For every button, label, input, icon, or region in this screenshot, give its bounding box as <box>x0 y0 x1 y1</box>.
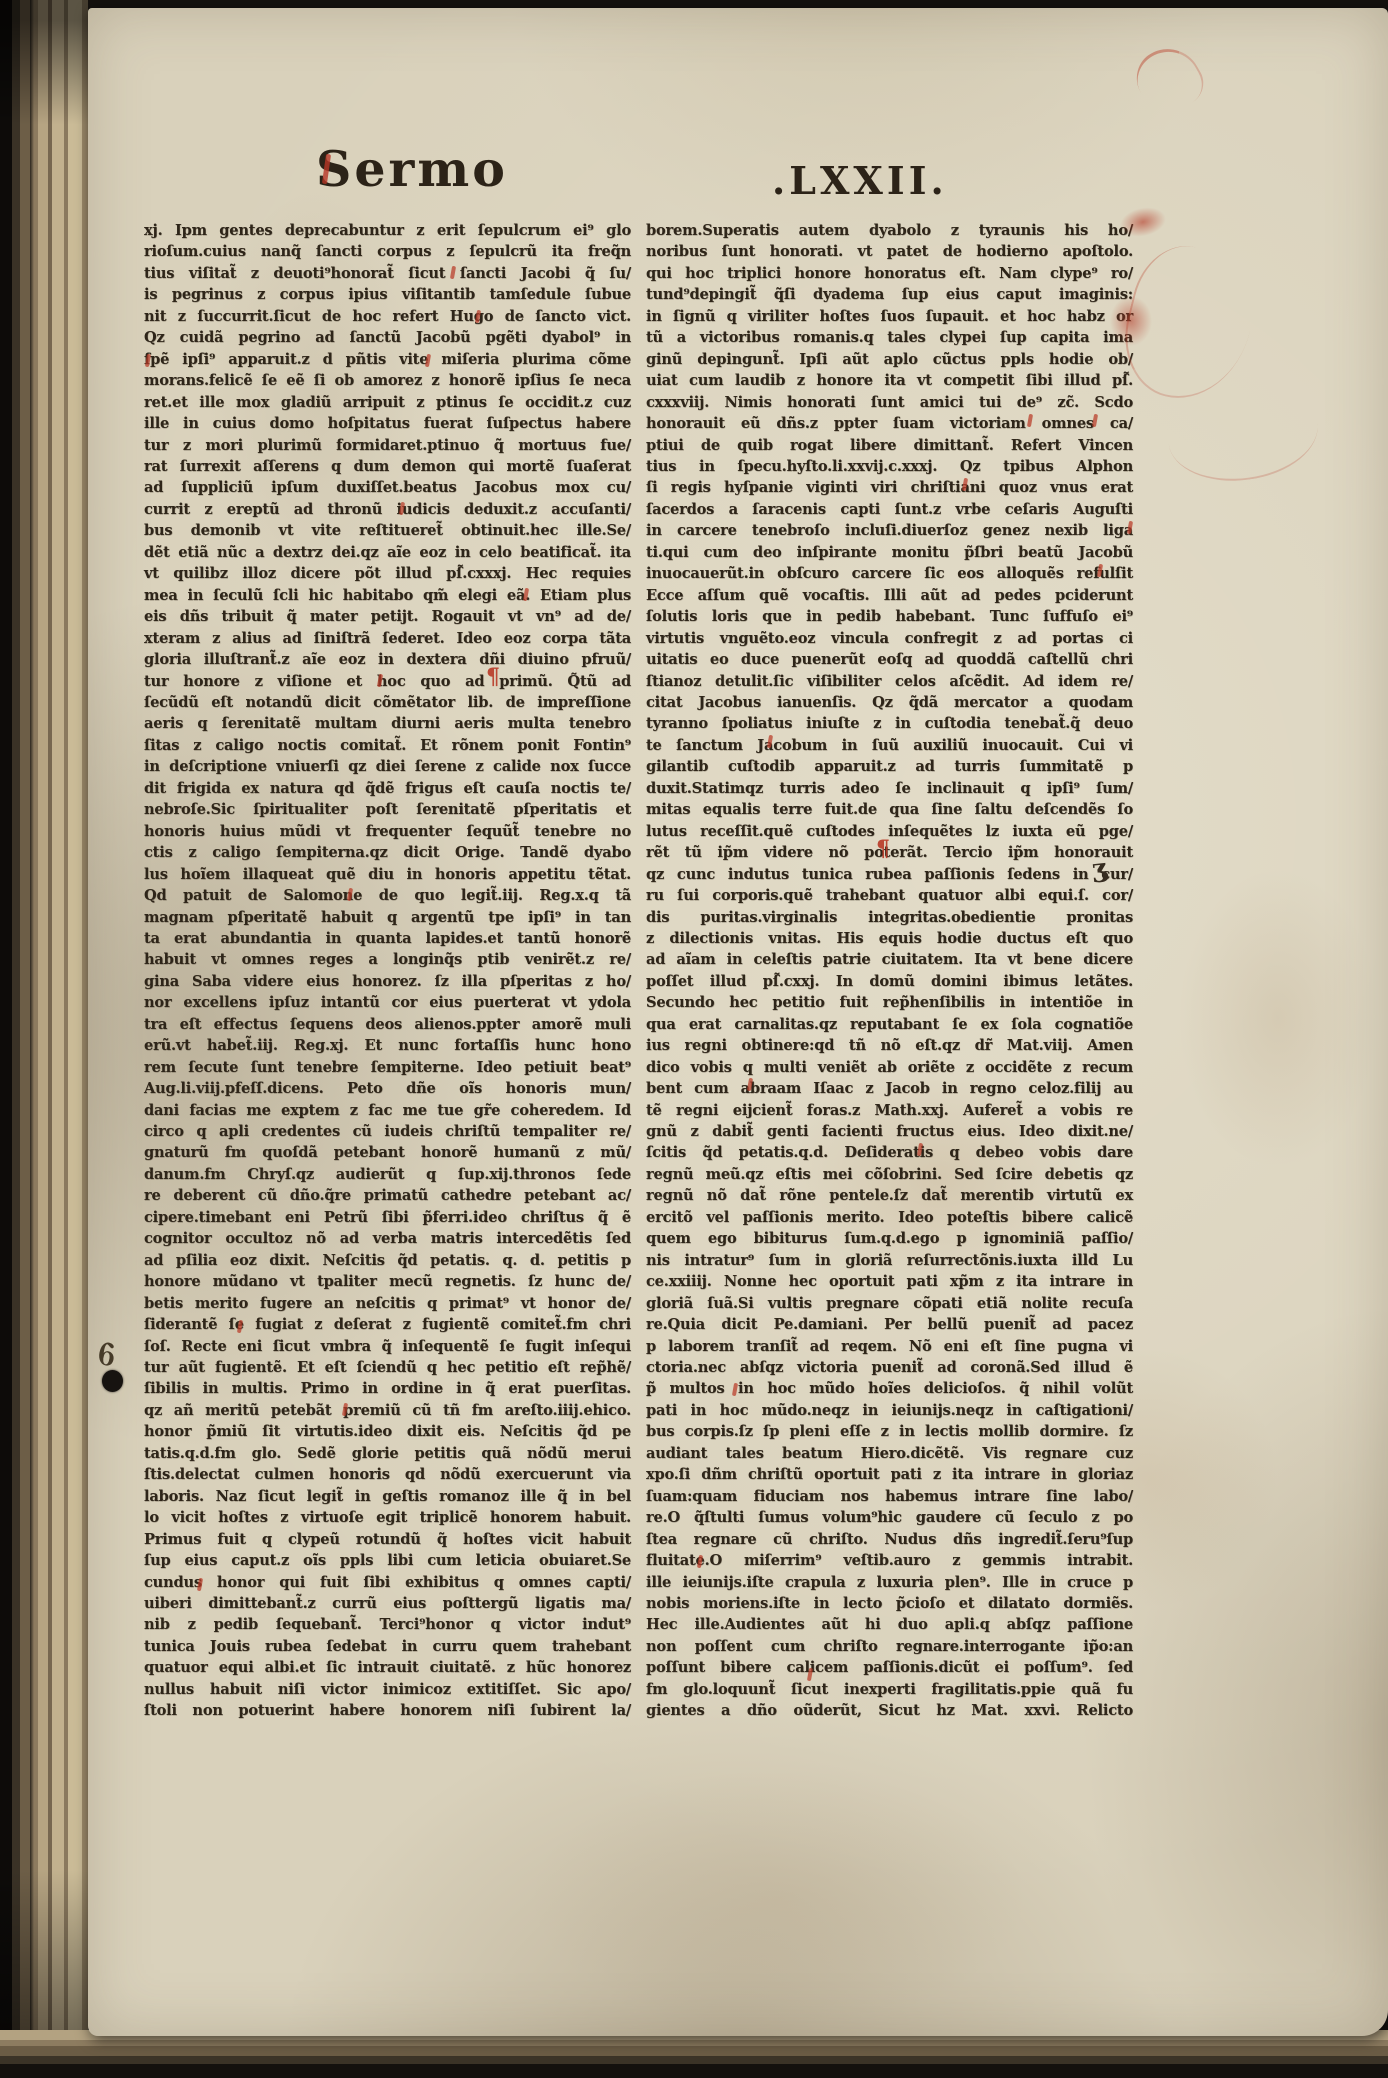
red-ink-smudge <box>1162 378 1323 490</box>
book-leaf-edges-bottom <box>0 2030 1388 2078</box>
paper-stain <box>1178 868 1378 1168</box>
book-leaf-edges-left <box>0 0 88 2078</box>
red-ink-smudge <box>1111 236 1266 413</box>
margin-ink-dot <box>102 1370 123 1392</box>
red-paragraph-mark: ¶ <box>876 836 890 862</box>
margin-annotation-glyph: ʒ <box>1090 853 1108 884</box>
running-header-title: Sermo <box>316 140 508 198</box>
paper-stain <box>528 1768 1028 2028</box>
red-ink-smudge <box>1126 37 1211 123</box>
text-column-left: xj. Ipm gentes deprecabuntur z erit ſepu… <box>144 220 631 1722</box>
red-paragraph-mark: ¶ <box>486 664 500 690</box>
scanned-book-spread: Sermo .LXXII. xj. Ipm gentes deprecabunt… <box>0 0 1388 2078</box>
margin-annotation-flourish: ∂ <box>92 1332 122 1376</box>
running-header-sermon-number: .LXXII. <box>772 158 948 203</box>
text-column-right: borem.Superatis autem dyabolo z tyraunis… <box>646 220 1133 1722</box>
book-page: Sermo .LXXII. xj. Ipm gentes deprecabunt… <box>88 8 1388 2036</box>
